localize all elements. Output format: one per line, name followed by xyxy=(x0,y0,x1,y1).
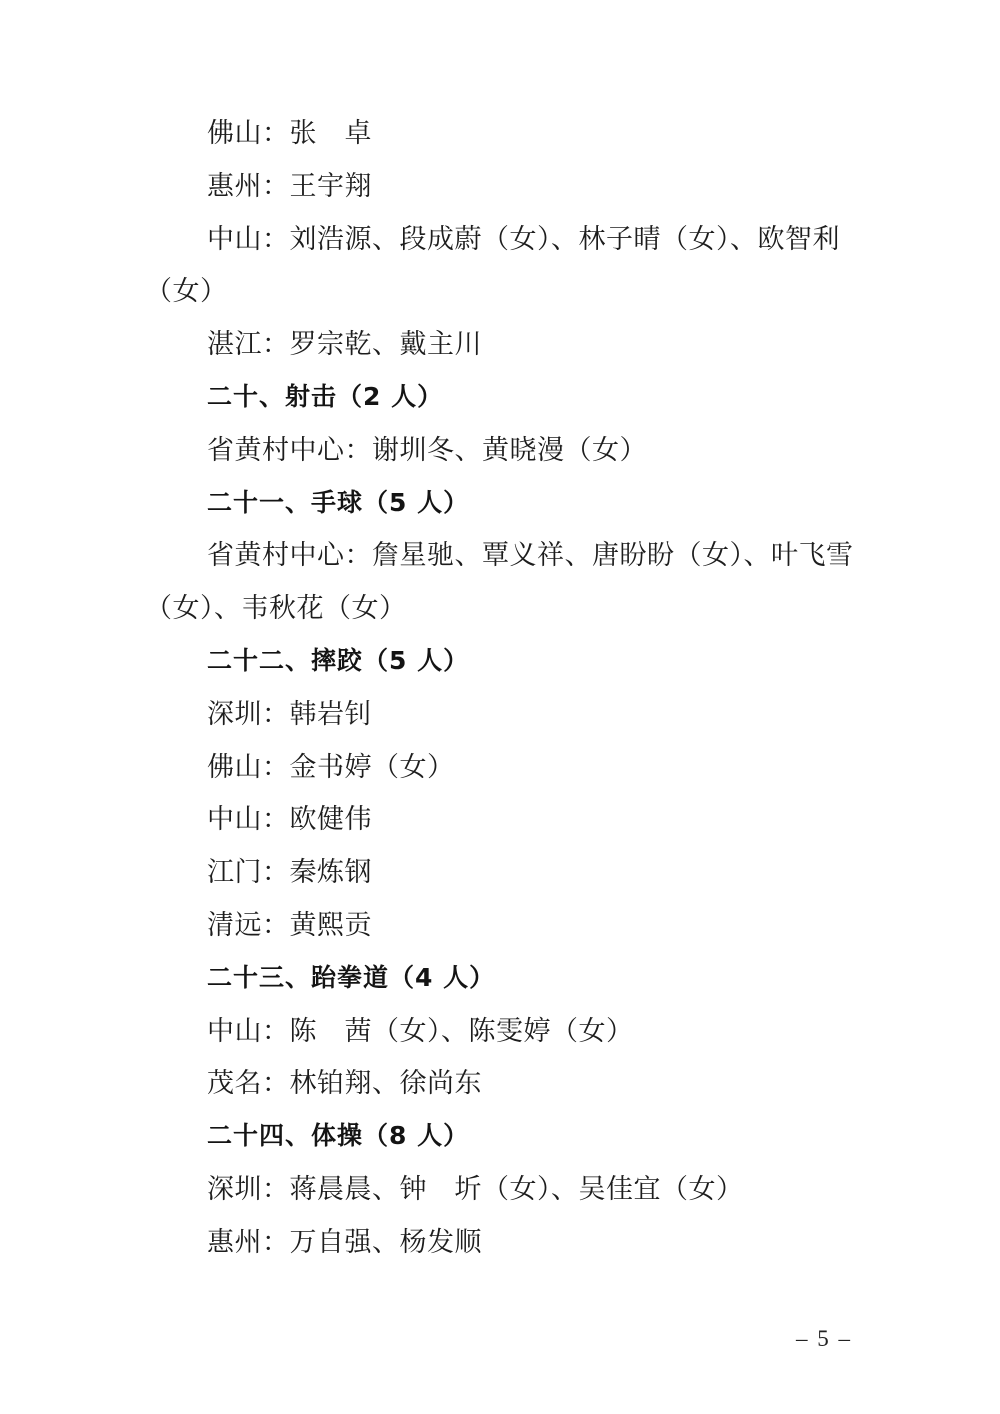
document-line: 深圳：蒋晨晨、钟 圻（女）、吴佳宜（女） xyxy=(145,1163,861,1216)
document-line: 惠州：王宇翔 xyxy=(145,160,861,213)
section-heading: 二十、射击（2 人） xyxy=(145,371,861,424)
document-line: 茂名：林铂翔、徐尚东 xyxy=(145,1057,861,1110)
document-line: 江门：秦炼钢 xyxy=(145,846,861,899)
document-line: 清远：黄熙贡 xyxy=(145,899,861,952)
document-line: 中山：刘浩源、段成蔚（女）、林子晴（女）、欧智利 xyxy=(145,213,861,266)
document-line: 中山：欧健伟 xyxy=(145,793,861,846)
document-line: 惠州：万自强、杨发顺 xyxy=(145,1216,861,1269)
document-line: 中山：陈 茜（女）、陈雯婷（女） xyxy=(145,1005,861,1058)
section-heading: 二十四、体操（8 人） xyxy=(145,1110,861,1163)
section-heading: 二十一、手球（5 人） xyxy=(145,477,861,530)
section-heading: 二十二、摔跤（5 人） xyxy=(145,635,861,688)
document-line: （女）、韦秋花（女） xyxy=(145,582,861,635)
section-heading: 二十三、跆拳道（4 人） xyxy=(145,952,861,1005)
page-number: – 5 – xyxy=(796,1326,852,1352)
document-line: 佛山：张 卓 xyxy=(145,107,861,160)
document-body: 佛山：张 卓 惠州：王宇翔 中山：刘浩源、段成蔚（女）、林子晴（女）、欧智利 （… xyxy=(145,107,861,1269)
document-line: 省黄村中心：詹星驰、覃义祥、唐盼盼（女）、叶飞雪 xyxy=(145,529,861,582)
document-page: 佛山：张 卓 惠州：王宇翔 中山：刘浩源、段成蔚（女）、林子晴（女）、欧智利 （… xyxy=(0,0,1000,1414)
document-line: 省黄村中心：谢圳冬、黄晓漫（女） xyxy=(145,424,861,477)
document-line: （女） xyxy=(145,265,861,318)
document-line: 深圳：韩岩钊 xyxy=(145,688,861,741)
document-line: 佛山：金书婷（女） xyxy=(145,741,861,794)
document-line: 湛江：罗宗乾、戴主川 xyxy=(145,318,861,371)
